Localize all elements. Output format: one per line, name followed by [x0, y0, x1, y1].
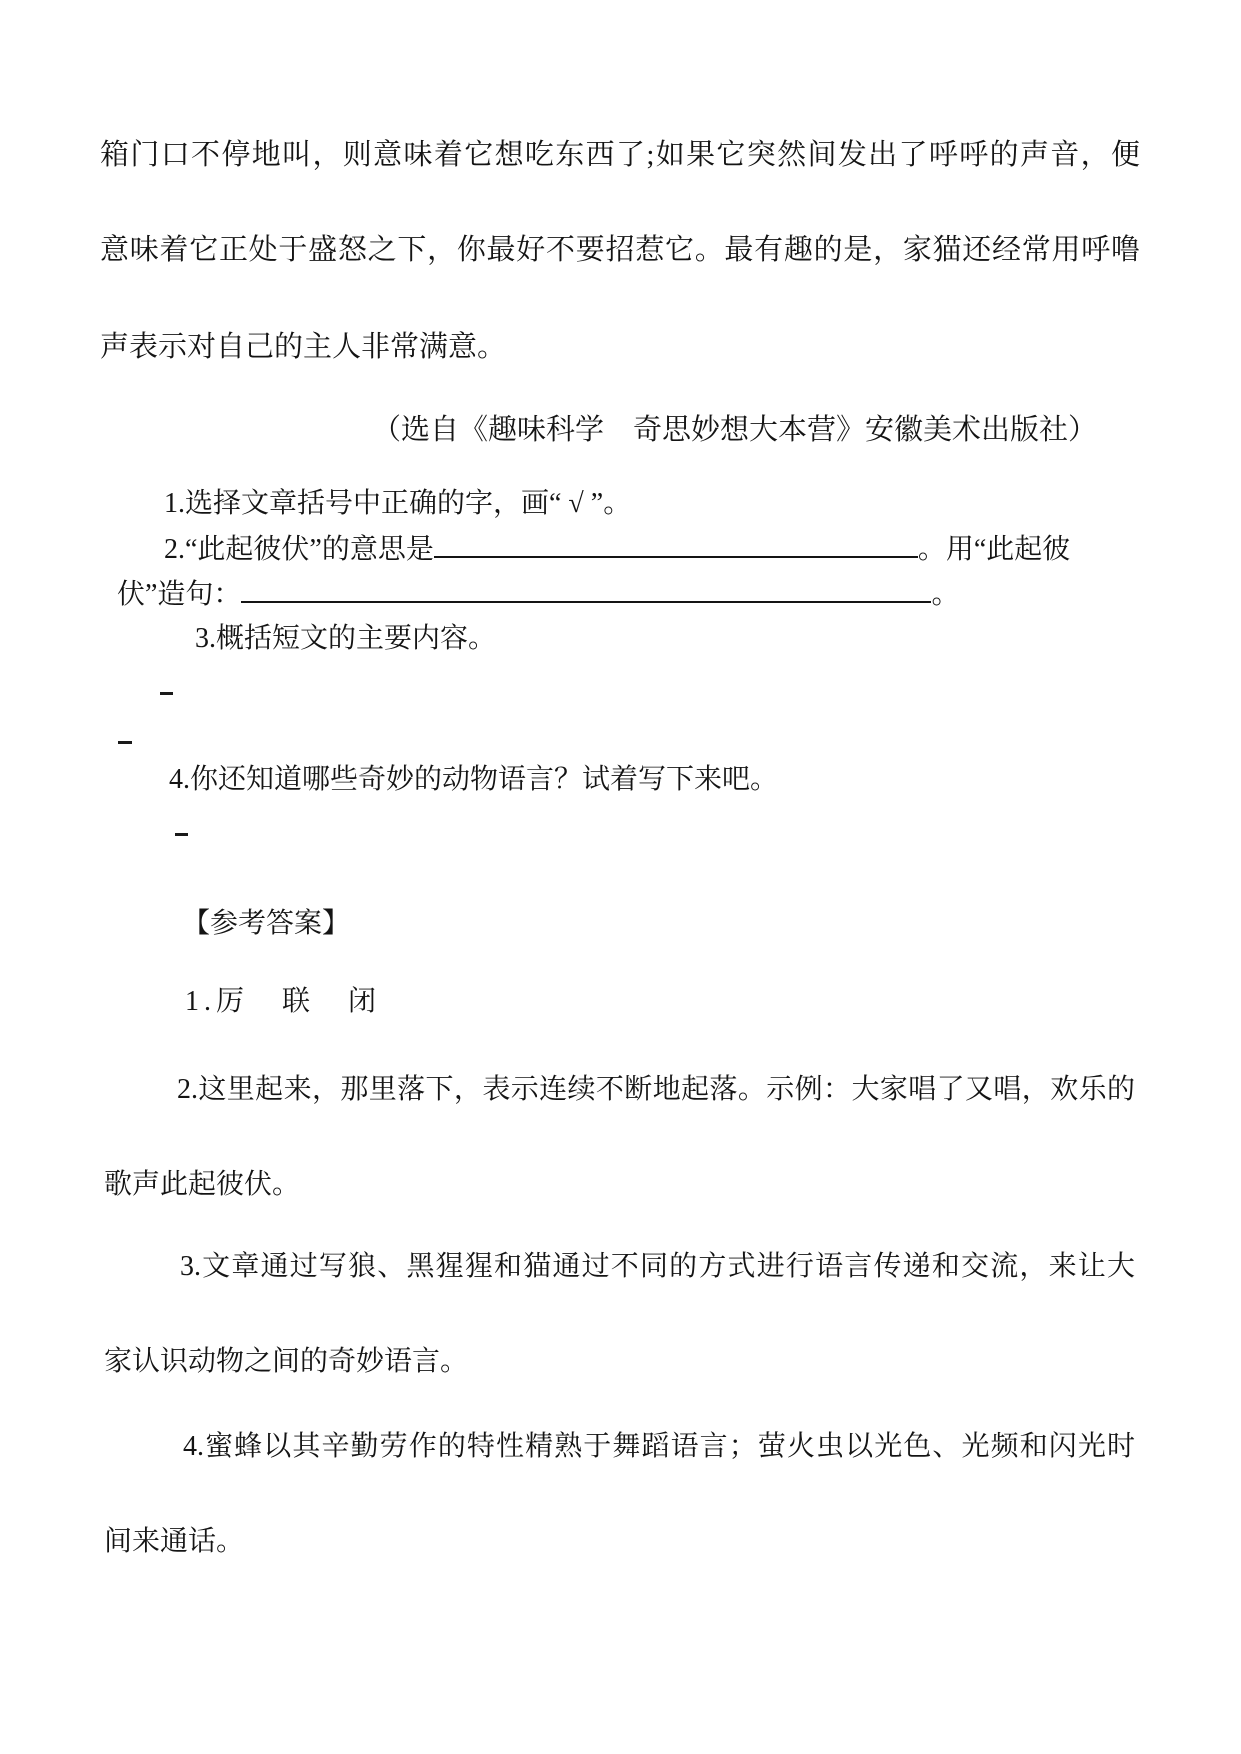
blank-dash-mark-3	[175, 833, 188, 836]
reference-answers-header: 【参考答案】	[182, 905, 350, 943]
passage-line-1: 箱门口不停地叫，则意味着它想吃东西了;如果它突然间发出了呼呼的声音，便	[100, 136, 1140, 174]
answer-2-line-1: 2.这里起来，那里落下，表示连续不断地起落。示例：大家唱了又唱，欢乐的	[177, 1071, 1135, 1109]
answer-blank-underline-2	[241, 575, 931, 603]
question-2-text-before-blank: 2.“此起彼伏”的意思是	[164, 534, 434, 565]
answer-2-line-2: 歌声此起彼伏。	[104, 1166, 300, 1204]
answer-3-line-2: 家认识动物之间的奇妙语言。	[104, 1343, 468, 1381]
blank-dash-mark-1	[160, 692, 173, 695]
answer-blank-underline-1	[434, 530, 918, 558]
question-2-closing-punctuation: 。	[931, 579, 959, 610]
answer-4-line-1: 4.蜜蜂以其辛勤劳作的特性精熟于舞蹈语言；萤火虫以光色、光频和闪光时	[183, 1428, 1135, 1466]
worksheet-page: 箱门口不停地叫，则意味着它想吃东西了;如果它突然间发出了呼呼的声音，便 意味着它…	[0, 0, 1241, 1754]
answer-3-line-1: 3.文章通过写狼、黑猩猩和猫通过不同的方式进行语言传递和交流，来让大	[180, 1248, 1135, 1286]
question-2-text-after-blank: 。用“此起彼	[918, 534, 1070, 565]
answer-1: 1.厉 联 闭	[185, 983, 381, 1021]
question-2-line-1: 2.“此起彼伏”的意思是。用“此起彼	[164, 530, 1070, 568]
passage-line-3: 声表示对自己的主人非常满意。	[100, 328, 506, 366]
passage-line-2: 意味着它正处于盛怒之下，你最好不要招惹它。最有趣的是，家猫还经常用呼噜	[100, 231, 1140, 269]
answer-4-line-2: 间来通话。	[104, 1523, 244, 1561]
question-4: 4.你还知道哪些奇妙的动物语言？试着写下来吧。	[169, 761, 778, 799]
blank-dash-mark-2	[118, 741, 132, 744]
question-1: 1.选择文章括号中正确的字，画“ √ ”。	[164, 485, 631, 523]
question-3: 3.概括短文的主要内容。	[195, 620, 496, 658]
question-2-continuation-text: 伏”造句：	[117, 579, 241, 610]
source-attribution: （选自《趣味科学 奇思妙想大本营》安徽美术出版社）	[372, 411, 1097, 449]
question-2-line-2: 伏”造句：。	[117, 575, 959, 613]
